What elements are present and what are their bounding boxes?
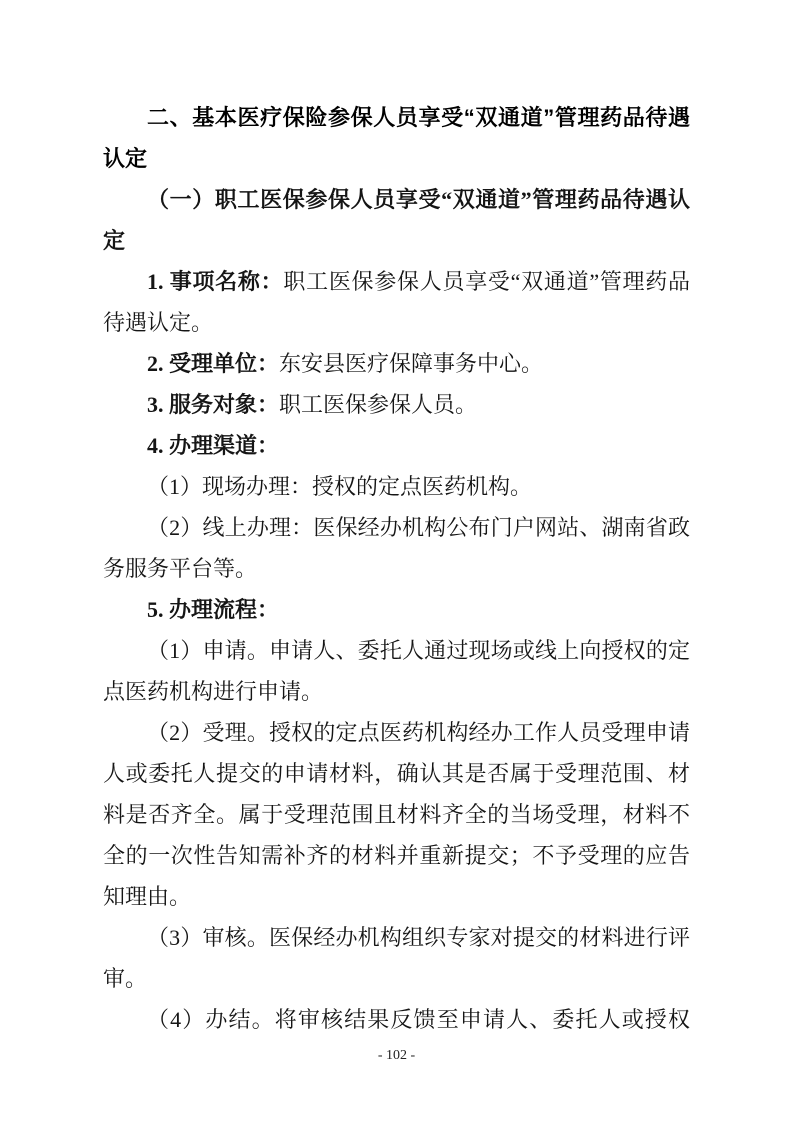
item-text: （1）申请。申请人、委托人通过现场或线上向授权的定点医药机构进行申请。 <box>103 638 690 704</box>
channel-online-paragraph: （2）线上办理：医保经办机构公布门户网站、湖南省政务服务平台等。 <box>103 507 690 589</box>
item-label: 3. 服务对象： <box>147 392 279 417</box>
process-step-apply-paragraph: （1）申请。申请人、委托人通过现场或线上向授权的定点医药机构进行申请。 <box>103 630 690 712</box>
item-label: 1. 事项名称： <box>147 269 283 294</box>
channels-heading-paragraph: 4. 办理渠道： <box>103 425 690 466</box>
accepting-unit-paragraph: 2. 受理单位：东安县医疗保障事务中心。 <box>103 343 690 384</box>
channel-onsite-paragraph: （1）现场办理：授权的定点医药机构。 <box>103 466 690 507</box>
item-text: （3）审核。医保经办机构组织专家对提交的材料进行评审。 <box>103 925 690 991</box>
process-step-review-paragraph: （3）审核。医保经办机构组织专家对提交的材料进行评审。 <box>103 917 690 999</box>
document-body: 二、基本医疗保险参保人员享受“双通道”管理药品待遇认定 （一）职工医保参保人员享… <box>103 97 690 1040</box>
item-label: 5. 办理流程： <box>147 597 279 622</box>
page-number: - 102 - <box>0 1046 793 1066</box>
item-text: 东安县医疗保障事务中心。 <box>279 351 543 376</box>
process-step-accept-paragraph: （2）受理。授权的定点医药机构经办工作人员受理申请人或委托人提交的申请材料，确认… <box>103 712 690 917</box>
item-name-paragraph: 1. 事项名称：职工医保参保人员享受“双通道”管理药品待遇认定。 <box>103 261 690 343</box>
subsection-heading: （一）职工医保参保人员享受“双通道”管理药品待遇认定 <box>103 179 690 261</box>
process-heading-paragraph: 5. 办理流程： <box>103 589 690 630</box>
document-page: 二、基本医疗保险参保人员享受“双通道”管理药品待遇认定 （一）职工医保参保人员享… <box>0 0 793 1122</box>
item-text: （4）办结。将审核结果反馈至申请人、委托人或授权 <box>147 1007 690 1032</box>
item-text: （2）受理。授权的定点医药机构经办工作人员受理申请人或委托人提交的申请材料，确认… <box>103 720 690 909</box>
section-heading: 二、基本医疗保险参保人员享受“双通道”管理药品待遇认定 <box>103 97 690 179</box>
item-label: 2. 受理单位： <box>147 351 279 376</box>
service-target-paragraph: 3. 服务对象：职工医保参保人员。 <box>103 384 690 425</box>
item-text: （1）现场办理：授权的定点医药机构。 <box>147 474 532 499</box>
item-label: 4. 办理渠道： <box>147 433 279 458</box>
item-text: 职工医保参保人员。 <box>279 392 477 417</box>
process-step-complete-paragraph: （4）办结。将审核结果反馈至申请人、委托人或授权 <box>103 999 690 1040</box>
item-text: （2）线上办理：医保经办机构公布门户网站、湖南省政务服务平台等。 <box>103 515 690 581</box>
